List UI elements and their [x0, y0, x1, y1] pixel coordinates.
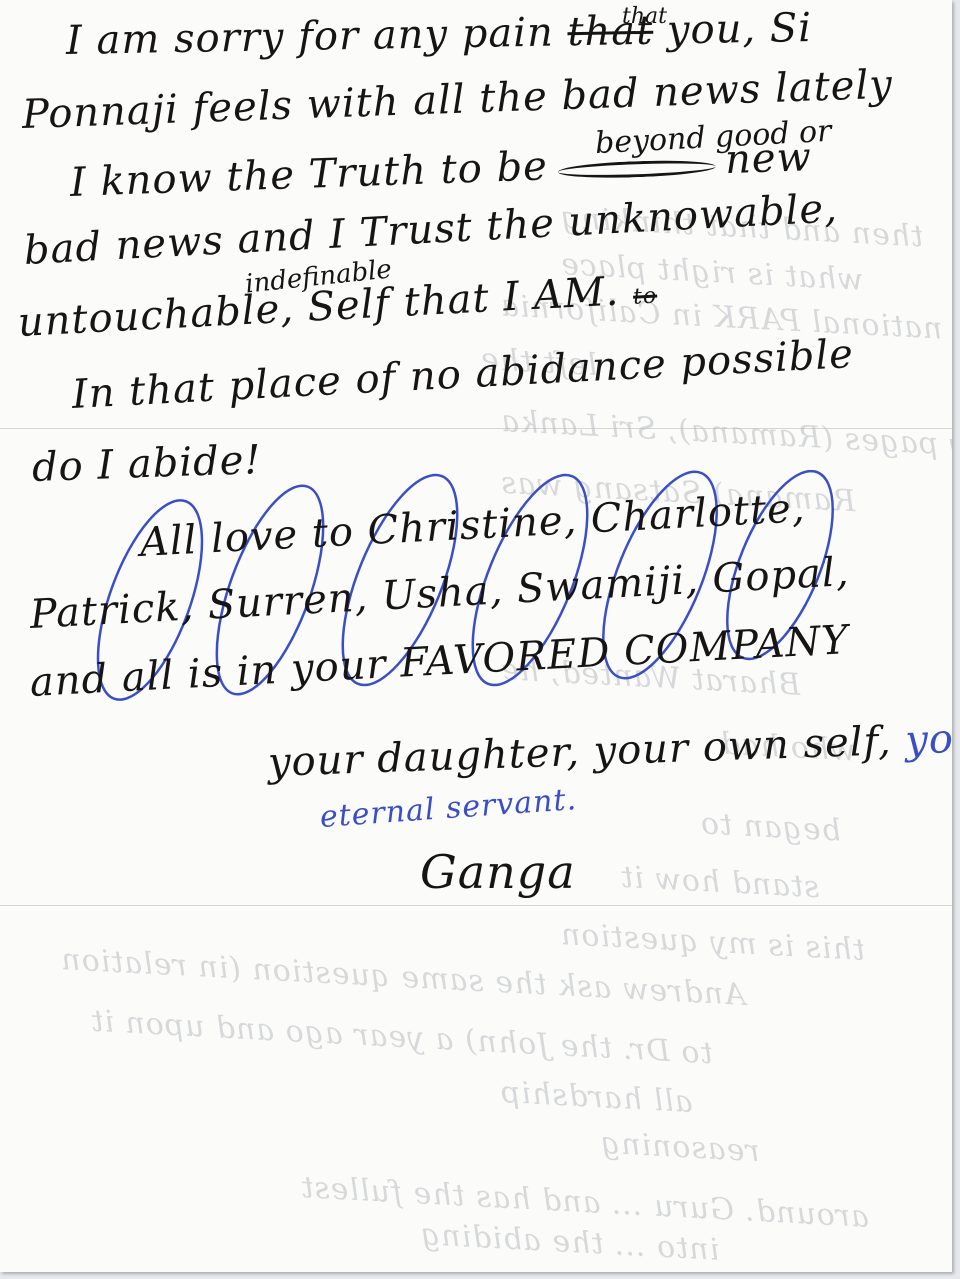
letter-line-6: In that place of no abidance possible — [71, 331, 855, 418]
fold-line-lower — [0, 905, 952, 906]
blue-ink-your: your — [904, 714, 952, 763]
ghost-line: this is my question — [559, 917, 865, 968]
letter-page: then and that thinking what is right pla… — [0, 0, 952, 1272]
ghost-line: to Dr. the John) a year ago and upon it — [90, 1004, 714, 1072]
ghost-line: began to — [699, 806, 842, 848]
ghost-line: all hardship — [499, 1075, 693, 1120]
ghost-line: reasoning — [599, 1126, 761, 1169]
letter-line-1: I am sorry for any pain that you, Si — [66, 5, 813, 64]
struck-mark: to — [632, 284, 657, 310]
scribbled-out-words: xxxxxx — [561, 138, 713, 189]
letter-line-11: your daughter, your own self, your — [267, 714, 952, 786]
signature-ganga: Ganga — [420, 845, 576, 899]
letter-line-12-eternal-servant: eternal servant. — [319, 782, 578, 835]
struck-word: that — [567, 8, 654, 55]
letter-line-7: do I abide! — [31, 437, 262, 491]
ghost-line: stand how it — [619, 860, 820, 905]
ghost-line: with many pages (Ramana), Sri Lanka — [500, 404, 952, 471]
